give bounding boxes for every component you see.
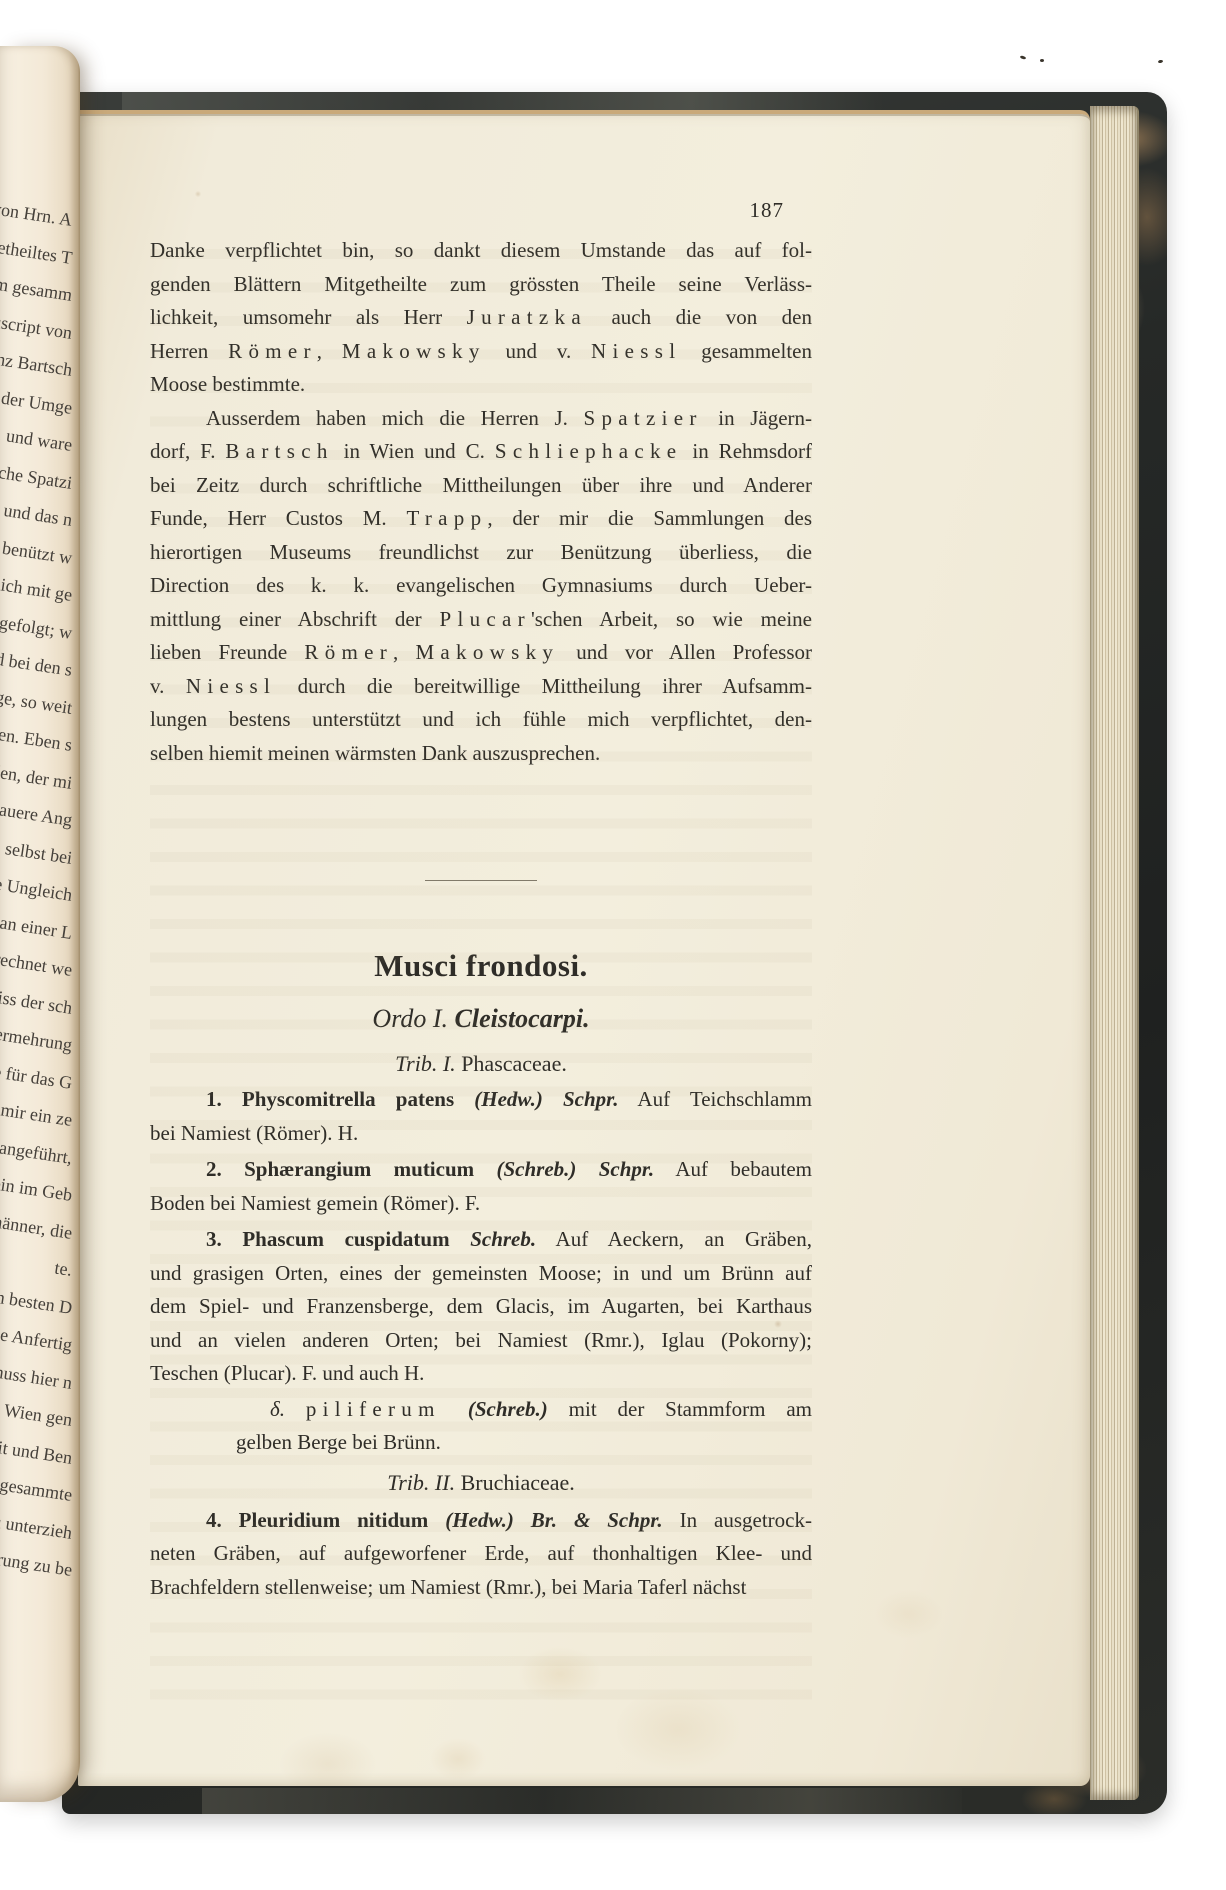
text-line: 4. Pleuridium nitidum (Hedw.) Br. & Schp…: [150, 1504, 812, 1538]
text-segment: Trapp: [406, 506, 487, 530]
text-segment: Direction des k. k. evangelischen Gymnas…: [150, 573, 812, 597]
page-stack-edge: [1090, 106, 1139, 1800]
text-segment: (Schreb.) Schpr.: [496, 1157, 654, 1181]
text-segment: Danke verpflichtet bin, so dankt diesem …: [150, 238, 812, 262]
text-line: Trib. I. Phascaceae.: [150, 1045, 812, 1083]
text-segment: Moose bestimmte.: [150, 372, 305, 396]
text-line: hierortigen Museums freundlichst zur Ben…: [150, 536, 812, 570]
text-segment: Bartsch: [225, 439, 333, 463]
text-line: Herren Römer, Makowsky und v. Niessl ges…: [150, 335, 812, 369]
text-segment: v.: [150, 674, 186, 698]
text-segment: genden Blättern Mitgetheilte zum grösste…: [150, 272, 812, 296]
text-line: Moose bestimmte.: [150, 368, 812, 402]
text-segment: piliferum: [306, 1397, 468, 1421]
book-page: 187 Danke verpflichtet bin, so dankt die…: [78, 110, 1090, 1786]
previous-page-edge: ltiges von Hrn. Ast mitgetheiltes Tvon i…: [0, 46, 80, 1802]
text-line: Teschen (Plucar). F. und auch H.: [150, 1357, 812, 1391]
text-segment: auch die von den: [587, 305, 812, 329]
text-line: v. Niessl durch die bereitwillige Mitthe…: [150, 670, 812, 704]
text-segment: und grasigen Orten, eines der gemeinsten…: [150, 1261, 812, 1285]
text-line: Ausserdem haben mich die Herren J. Spatz…: [150, 402, 812, 436]
text-segment: und an vielen anderen Orten; bei Namiest…: [150, 1328, 812, 1352]
page-number: 187: [150, 198, 812, 223]
text-segment: Brachfeldern stellenweise; um Namiest (R…: [150, 1575, 746, 1599]
text-segment: , der mir die Sammlungen des: [487, 506, 812, 530]
text-segment: in Rehmsdorf: [682, 439, 812, 463]
text-line: Brachfeldern stellenweise; um Namiest (R…: [150, 1571, 812, 1605]
text-segment: Phascaceae.: [461, 1051, 567, 1076]
page-text: Danke verpflichtet bin, so dankt diesem …: [150, 234, 812, 1604]
text-segment: Spatzier: [583, 406, 702, 430]
text-segment: ,: [393, 640, 415, 664]
text-segment: neten Gräben, auf aufgeworfener Erde, au…: [150, 1541, 812, 1565]
text-line: neten Gräben, auf aufgeworfener Erde, au…: [150, 1537, 812, 1571]
text-line: dem Spiel- und Franzensberge, dem Glacis…: [150, 1290, 812, 1324]
text-line: [425, 880, 537, 881]
text-segment: Niessl: [591, 339, 681, 363]
text-segment: in Wien und C.: [334, 439, 495, 463]
text-line: Danke verpflichtet bin, so dankt diesem …: [150, 234, 812, 268]
text-segment: Cleistocarpi.: [455, 1004, 590, 1033]
text-segment: 1. Physcomitrella patens: [206, 1087, 474, 1111]
text-segment: dorf, F.: [150, 439, 225, 463]
previous-page-text: ltiges von Hrn. Ast mitgetheiltes Tvon i…: [0, 202, 72, 1590]
text-segment: (Hedw.) Br. & Schpr.: [445, 1508, 662, 1532]
text-segment: Trib. I.: [395, 1051, 461, 1076]
text-line: mittlung einer Abschrift der Plucar'sche…: [150, 603, 812, 637]
text-segment: Römer: [228, 339, 317, 363]
text-segment: Auf Aeckern, an Gräben,: [536, 1227, 812, 1251]
text-line: δ. piliferum (Schreb.) mit der Stammform…: [150, 1393, 812, 1427]
text-segment: In ausgetrock-: [663, 1508, 812, 1532]
text-segment: in Jägern-: [703, 406, 812, 430]
text-segment: gesammelten: [681, 339, 812, 363]
text-line: dorf, F. Bartsch in Wien und C. Schlieph…: [150, 435, 812, 469]
text-line: selben hiemit meinen wärmsten Dank auszu…: [150, 737, 812, 771]
text-line: Trib. II. Bruchiaceae.: [150, 1464, 812, 1502]
text-segment: Boden bei Namiest gemein (Römer). F.: [150, 1191, 480, 1215]
text-segment: und v.: [486, 339, 591, 363]
text-line: lieben Freunde Römer, Makowsky und vor A…: [150, 636, 812, 670]
text-segment: Makowsky: [342, 339, 486, 363]
text-segment: Auf Teichschlamm: [618, 1087, 812, 1111]
text-segment: selben hiemit meinen wärmsten Dank auszu…: [150, 741, 600, 765]
text-segment: Funde, Herr Custos M.: [150, 506, 406, 530]
cover-wear-bottom: [202, 1788, 962, 1814]
text-segment: 4. Pleuridium nitidum: [206, 1508, 445, 1532]
text-segment: 'schen Arbeit, so wie meine: [531, 607, 812, 631]
text-line: 3. Phascum cuspidatum Schreb. Auf Aecker…: [150, 1223, 812, 1257]
text-line: Ordo I. Cleistocarpi.: [150, 997, 812, 1041]
text-line: genden Blättern Mitgetheilte zum grösste…: [150, 268, 812, 302]
text-line: bei Zeitz durch schriftliche Mittheilung…: [150, 469, 812, 503]
text-line: Musci frondosi.: [150, 943, 812, 989]
text-line: lichkeit, umsomehr als Herr Juratzka auc…: [150, 301, 812, 335]
dust-speck: [1158, 60, 1164, 64]
text-line: und an vielen anderen Orten; bei Namiest…: [150, 1324, 812, 1358]
dust-speck: [1020, 55, 1027, 60]
text-segment: Auf bebautem: [654, 1157, 812, 1181]
text-segment: (Schreb.): [468, 1397, 548, 1421]
dust-speck: [1040, 59, 1044, 62]
text-segment: hierortigen Museums freundlichst zur Ben…: [150, 540, 812, 564]
text-segment: Makowsky: [415, 640, 559, 664]
text-segment: durch die bereitwillige Mittheilung ihre…: [276, 674, 812, 698]
text-segment: mittlung einer Abschrift der: [150, 607, 440, 631]
text-segment: lungen bestens unterstützt und ich fühle…: [150, 707, 812, 731]
text-segment: und vor Allen Professor: [559, 640, 812, 664]
text-line: Direction des k. k. evangelischen Gymnas…: [150, 569, 812, 603]
text-segment: (Hedw.) Schpr.: [474, 1087, 618, 1111]
text-segment: Plucar: [440, 607, 531, 631]
text-line: 2. Sphærangium muticum (Schreb.) Schpr. …: [150, 1153, 812, 1187]
photo-background: 187 Danke verpflichtet bin, so dankt die…: [0, 0, 1226, 1890]
text-line: bei Namiest (Römer). H.: [150, 1117, 812, 1151]
text-segment: lieben Freunde: [150, 640, 304, 664]
text-segment: Trib. II.: [387, 1470, 460, 1495]
text-segment: δ.: [270, 1397, 306, 1421]
text-segment: ,: [317, 339, 342, 363]
text-segment: Schliephacke: [495, 439, 683, 463]
text-line: und grasigen Orten, eines der gemeinsten…: [150, 1257, 812, 1291]
text-segment: Ausserdem haben mich die Herren J.: [206, 406, 583, 430]
text-segment: Römer: [304, 640, 393, 664]
text-segment: gelben Berge bei Brünn.: [236, 1430, 441, 1454]
text-segment: Niessl: [186, 674, 276, 698]
text-segment: Schreb.: [470, 1227, 536, 1251]
text-line: 1. Physcomitrella patens (Hedw.) Schpr. …: [150, 1083, 812, 1117]
text-segment: lichkeit, umsomehr als Herr: [150, 305, 467, 329]
text-segment: bei Namiest (Römer). H.: [150, 1121, 358, 1145]
left-page-line: ltiges von Hrn. A: [0, 171, 75, 240]
text-segment: Herren: [150, 339, 228, 363]
text-segment: 3. Phascum cuspidatum: [206, 1227, 470, 1251]
text-segment: dem Spiel- und Franzensberge, dem Glacis…: [150, 1294, 812, 1318]
text-line: Boden bei Namiest gemein (Römer). F.: [150, 1187, 812, 1221]
text-line: gelben Berge bei Brünn.: [150, 1426, 812, 1460]
text-segment: 2. Sphærangium muticum: [206, 1157, 496, 1181]
text-line: Funde, Herr Custos M. Trapp, der mir die…: [150, 502, 812, 536]
text-segment: Ordo I.: [372, 1004, 454, 1033]
text-line: lungen bestens unterstützt und ich fühle…: [150, 703, 812, 737]
text-segment: Juratzka: [467, 305, 587, 329]
text-segment: Bruchiaceae.: [461, 1470, 575, 1495]
text-segment: Teschen (Plucar). F. und auch H.: [150, 1361, 424, 1385]
text-segment: Musci frondosi.: [374, 948, 588, 983]
text-segment: bei Zeitz durch schriftliche Mittheilung…: [150, 473, 812, 497]
